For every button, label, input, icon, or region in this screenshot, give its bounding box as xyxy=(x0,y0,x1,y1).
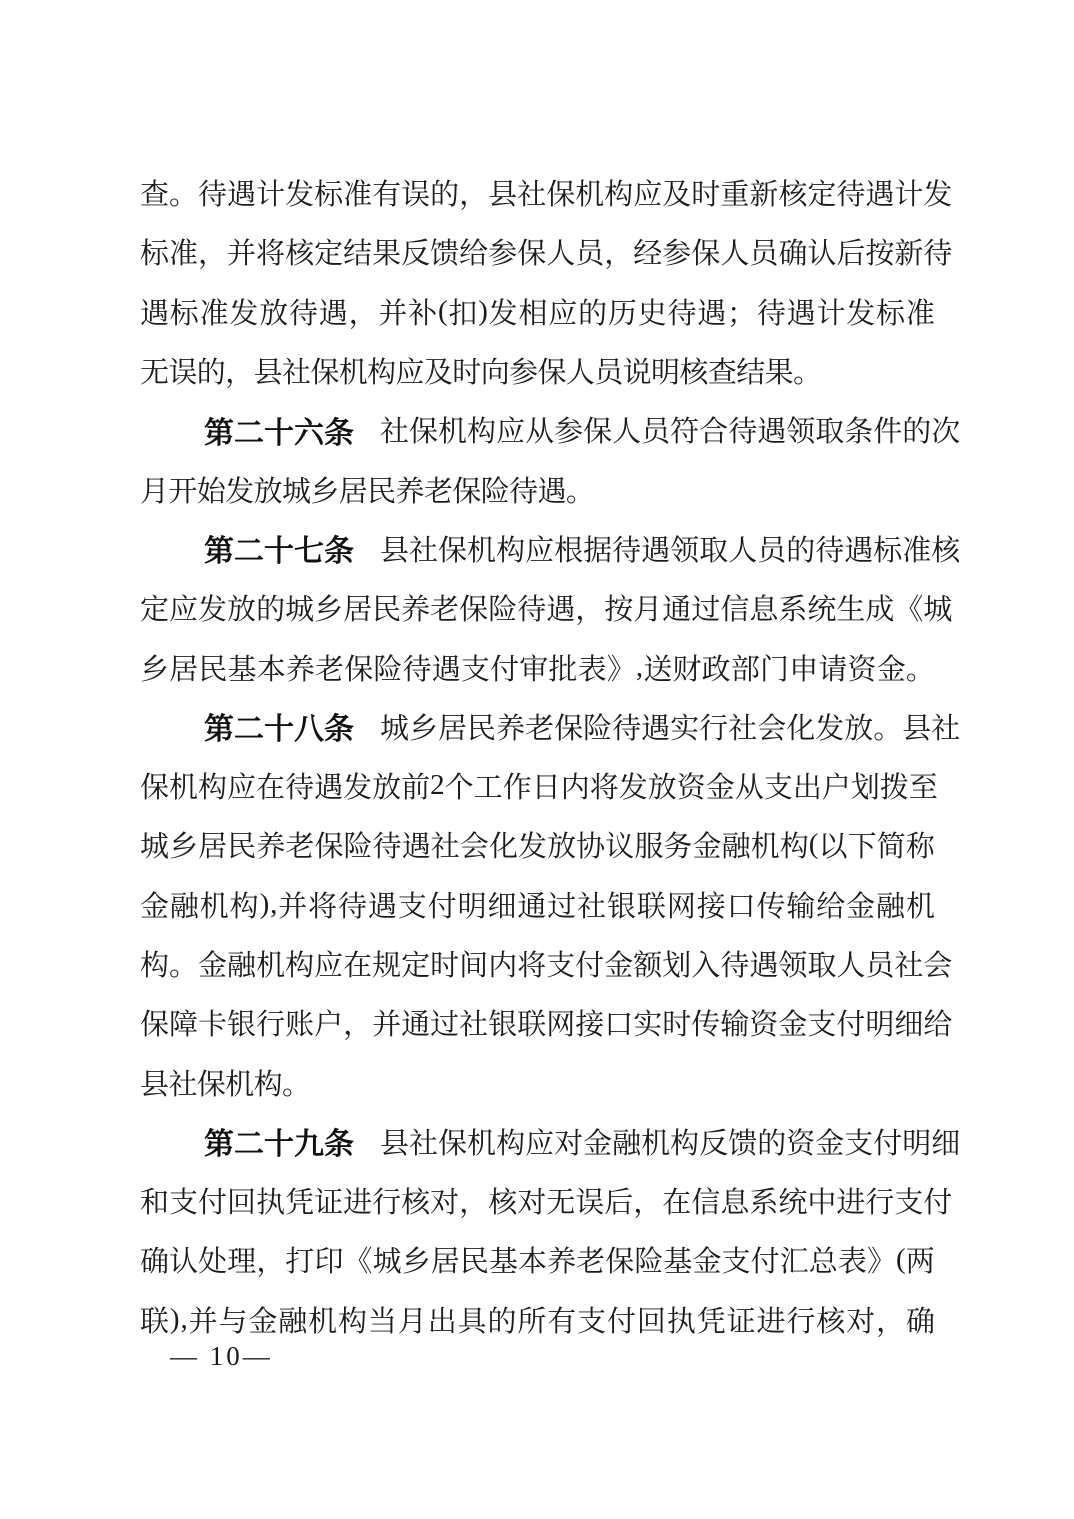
body-char: 发 xyxy=(225,469,253,510)
body-char: 待 xyxy=(198,172,227,213)
body-char: 标 xyxy=(873,528,902,569)
text-line: 第二十七条县社保机构应根据待遇领取人员的待遇标准核 xyxy=(140,519,935,578)
body-char: 计 xyxy=(816,291,845,332)
body-char: 保 xyxy=(314,824,343,865)
body-char: 待 xyxy=(612,528,641,569)
body-char: 处 xyxy=(198,1239,227,1280)
body-char: 的 xyxy=(578,291,607,332)
body-char: 理 xyxy=(227,1239,256,1280)
body-char: 核 xyxy=(488,1180,517,1221)
body-char: ) xyxy=(260,888,270,921)
body-char: 会 xyxy=(460,824,489,865)
body-char: 金 xyxy=(692,824,721,865)
body-char: 前 xyxy=(401,765,430,806)
page-number: — 10— xyxy=(170,1341,273,1372)
body-char: 计 xyxy=(256,172,285,213)
text-line: 月开始发放城乡居民养老保险待遇。 xyxy=(140,459,935,518)
body-char: 机 xyxy=(308,1299,337,1340)
body-char: 所 xyxy=(517,1299,546,1340)
body-char: 内 xyxy=(488,943,517,984)
body-char: 遇 xyxy=(140,291,169,332)
body-char: 遇 xyxy=(314,765,343,806)
body-char: 融 xyxy=(227,943,256,984)
body-char: 成 xyxy=(865,587,894,628)
text-line: 第二十八条城乡居民养老保险待遇实行社会化发放。县社 xyxy=(140,697,935,756)
body-char: 的 xyxy=(256,587,285,628)
body-char: 将 xyxy=(256,231,285,272)
article-heading-char: 第 xyxy=(204,704,234,748)
body-char: 社 xyxy=(409,1121,438,1162)
body-char: 城 xyxy=(373,1239,402,1280)
body-char: 机 xyxy=(751,824,780,865)
body-char: 金 xyxy=(248,1299,277,1340)
body-char: 放 xyxy=(372,765,401,806)
body-char: 付 xyxy=(836,1002,865,1043)
body-char: 老 xyxy=(424,469,452,510)
body-char: 。 xyxy=(169,943,198,984)
body-char: 支 xyxy=(844,1121,873,1162)
body-char: 乡 xyxy=(169,824,198,865)
body-char: 人 xyxy=(836,943,865,984)
body-char: 称 xyxy=(906,824,935,865)
body-char: 放 xyxy=(844,706,873,747)
body-char: 社 xyxy=(380,409,409,450)
body-char: 发 xyxy=(923,172,952,213)
body-char: 并 xyxy=(372,1002,401,1043)
body-char: 付 xyxy=(575,943,604,984)
body-char: 的 xyxy=(757,1121,786,1162)
body-char: 及 xyxy=(424,350,452,391)
body-char: 遇 xyxy=(227,172,256,213)
body-char: 出 xyxy=(428,1299,457,1340)
body-char: 取 xyxy=(807,943,836,984)
body-char: 新 xyxy=(894,231,923,272)
body-char: 执 xyxy=(256,1180,285,1221)
body-char: 保 xyxy=(344,647,373,688)
body-char: 核 xyxy=(816,1299,845,1340)
body-char: 标 xyxy=(314,172,343,213)
body-char: 金 xyxy=(706,765,735,806)
article-heading-char: 第 xyxy=(204,1119,234,1163)
body-char: 保 xyxy=(438,528,467,569)
body-char: 构 xyxy=(285,943,314,984)
body-char: 发 xyxy=(846,291,875,332)
body-char: 乡 xyxy=(314,587,343,628)
body-char: 与 xyxy=(218,1299,247,1340)
body-char: 城 xyxy=(285,587,314,628)
body-char: 待 xyxy=(612,706,641,747)
body-char: 金 xyxy=(692,1239,721,1280)
body-char: 县 xyxy=(902,706,931,747)
article-heading-char: 第 xyxy=(204,526,234,570)
body-char: ) xyxy=(170,1303,180,1336)
body-char: 将 xyxy=(590,765,619,806)
article-heading-char: 十 xyxy=(264,408,294,452)
body-char: 养 xyxy=(256,824,285,865)
body-char: 机 xyxy=(339,350,367,391)
body-char: 。 xyxy=(906,647,935,688)
body-char: 人 xyxy=(728,528,757,569)
body-char: 乡 xyxy=(140,647,169,688)
body-char: 养 xyxy=(286,647,315,688)
body-char: ； xyxy=(727,291,756,332)
body-char: 支 xyxy=(398,884,427,925)
body-char: 民 xyxy=(372,587,401,628)
body-char: 构 xyxy=(496,1121,525,1162)
body-char: 支 xyxy=(807,1002,836,1043)
body-char: 待 xyxy=(285,765,314,806)
body-char: 构 xyxy=(367,350,395,391)
body-char: 融 xyxy=(278,1299,307,1340)
body-char: 发 xyxy=(285,172,314,213)
article-heading-char: 十 xyxy=(264,704,294,748)
body-char: 领 xyxy=(778,943,807,984)
article-heading-char: 二 xyxy=(234,408,264,452)
body-char: 准 xyxy=(906,291,935,332)
body-char: 通 xyxy=(517,884,546,925)
body-char: 申 xyxy=(789,647,818,688)
body-char: 构 xyxy=(254,1062,282,1103)
body-char: 县 xyxy=(140,1062,168,1103)
body-char: 印 xyxy=(314,1239,343,1280)
body-char: 打 xyxy=(285,1239,314,1280)
body-char: 应 xyxy=(525,528,554,569)
body-char: 保 xyxy=(691,231,720,272)
body-char: 社 xyxy=(517,172,546,213)
body-char: 的 xyxy=(487,1299,516,1340)
body-char: 支 xyxy=(461,647,490,688)
article-heading-char: 第 xyxy=(204,408,234,452)
body-char: 险 xyxy=(634,1239,663,1280)
body-char: 认 xyxy=(169,1239,198,1280)
document-page: 查。待遇计发标准有误的，县社保机构应及时重新核定待遇计发标准，并将核定结果反馈给… xyxy=(0,0,1074,1519)
body-char: 核 xyxy=(778,172,807,213)
body-char: 保 xyxy=(452,469,480,510)
body-char: 机 xyxy=(906,884,935,925)
body-char: 行 xyxy=(786,1299,815,1340)
body-char: 老 xyxy=(315,647,344,688)
body-char: 的 xyxy=(197,350,225,391)
body-char: 县 xyxy=(380,528,409,569)
body-char: 查 xyxy=(140,172,169,213)
body-char: 资 xyxy=(677,765,706,806)
body-char: 实 xyxy=(670,706,699,747)
text-line: 乡居民基本养老保险待遇支付审批表》,送财政部门申请资金。 xyxy=(140,637,935,696)
body-char: 确 xyxy=(778,231,807,272)
body-char: 明 xyxy=(651,350,679,391)
body-char: 月 xyxy=(633,587,662,628)
body-char: 明 xyxy=(458,884,487,925)
body-char: 遇 xyxy=(865,172,894,213)
body-char: 发 xyxy=(619,765,648,806)
text-line: 和支付回执凭证进行核对，核对无误后，在信息系统中进行支付 xyxy=(140,1171,935,1230)
body-char: , xyxy=(270,888,277,921)
body-char: 卡 xyxy=(198,1002,227,1043)
body-char: 生 xyxy=(836,587,865,628)
body-char: 员 xyxy=(641,409,670,450)
text-line: 县社保机构。 xyxy=(140,1052,935,1111)
body-char: 后 xyxy=(604,1180,633,1221)
body-char: 应 xyxy=(169,587,198,628)
body-char: 财 xyxy=(673,647,702,688)
body-char: 网 xyxy=(667,884,696,925)
body-char: 民 xyxy=(198,647,227,688)
text-line: 确认处理，打印《城乡居民基本养老保险基金支付汇总表》(两 xyxy=(140,1230,935,1289)
body-char: 放 xyxy=(254,469,282,510)
body-char: 核 xyxy=(931,528,960,569)
body-char: 从 xyxy=(735,765,764,806)
body-char: 融 xyxy=(170,884,199,925)
body-char: 细 xyxy=(931,1121,960,1162)
body-char: 中 xyxy=(807,1180,836,1221)
body-char: 信 xyxy=(691,1180,720,1221)
body-char: 通 xyxy=(401,1002,430,1043)
body-char: 养 xyxy=(401,587,430,628)
body-char: ) xyxy=(478,295,488,328)
body-char: 接 xyxy=(697,884,726,925)
body-char: 政 xyxy=(702,647,731,688)
body-char: 表 xyxy=(838,1239,867,1280)
body-char: 2 xyxy=(430,769,445,802)
body-char: 误 xyxy=(168,350,196,391)
body-char: 下 xyxy=(848,824,877,865)
body-char: 划 xyxy=(851,765,880,806)
body-char: 遇 xyxy=(641,528,670,569)
body-char: 待 xyxy=(728,409,757,450)
body-char: 过 xyxy=(547,884,576,925)
body-char: 补 xyxy=(408,291,437,332)
article-heading-char: 条 xyxy=(324,408,354,452)
body-char: 行 xyxy=(699,706,728,747)
text-line: 无误的，县社保机构应及时向参保人员说明核查结果。 xyxy=(140,341,935,400)
body-char: 次 xyxy=(931,409,960,450)
body-char: 遇 xyxy=(641,706,670,747)
body-char: 时 xyxy=(662,1002,691,1043)
body-char: 保 xyxy=(537,350,565,391)
body-char: 本 xyxy=(257,647,286,688)
body-char: 在 xyxy=(343,943,372,984)
body-char: 领 xyxy=(670,528,699,569)
body-char: 在 xyxy=(256,765,285,806)
body-char: 险 xyxy=(373,647,402,688)
body-char: ， xyxy=(459,172,488,213)
body-char: 放 xyxy=(648,765,677,806)
text-line: 城乡居民养老保险待遇社会化发放协议服务金融机构(以下简称 xyxy=(140,815,935,874)
body-char: 回 xyxy=(637,1299,666,1340)
body-char: 时 xyxy=(452,350,480,391)
text-line: 第二十九条县社保机构应对金融机构反馈的资金支付明细 xyxy=(140,1112,935,1171)
body-char: ， xyxy=(604,231,633,272)
body-char: 人 xyxy=(546,231,575,272)
body-char: 及 xyxy=(662,172,691,213)
body-char: 乡 xyxy=(402,1239,431,1280)
body-char: 付 xyxy=(490,647,519,688)
body-char: 融 xyxy=(876,884,905,925)
body-char: 向 xyxy=(481,350,509,391)
body-char: 金 xyxy=(140,884,169,925)
body-char: 拨 xyxy=(880,765,909,806)
body-char: ， xyxy=(633,1180,662,1221)
body-char: 馈 xyxy=(430,231,459,272)
body-char: 个 xyxy=(445,765,474,806)
body-char: 取 xyxy=(815,409,844,450)
body-char: 待 xyxy=(403,647,432,688)
body-char: 网 xyxy=(546,1002,575,1043)
body-char: 入 xyxy=(691,943,720,984)
body-char: 给 xyxy=(923,1002,952,1043)
body-char: 扣 xyxy=(448,291,477,332)
body-char: 结 xyxy=(343,231,372,272)
body-char: 城 xyxy=(282,469,310,510)
article-heading-char: 二 xyxy=(234,704,264,748)
body-char: 件 xyxy=(873,409,902,450)
body-char: 居 xyxy=(169,647,198,688)
body-char: 取 xyxy=(699,528,728,569)
body-char: ( xyxy=(896,1243,906,1276)
body-char: 息 xyxy=(749,587,778,628)
body-char: 的 xyxy=(786,528,815,569)
body-char: 居 xyxy=(343,587,372,628)
body-char: 金 xyxy=(815,1121,844,1162)
body-char: 付 xyxy=(923,1180,952,1221)
body-char: 会 xyxy=(757,706,786,747)
body-char: 应 xyxy=(633,172,662,213)
article-heading-char: 九 xyxy=(294,1119,324,1163)
body-char: 保 xyxy=(546,172,575,213)
body-char: 员 xyxy=(749,231,778,272)
body-char: 待 xyxy=(836,172,865,213)
body-char: 支 xyxy=(764,765,793,806)
body-char: 批 xyxy=(548,647,577,688)
body-char: 居 xyxy=(339,469,367,510)
body-char: , xyxy=(180,1303,187,1336)
body-char: ， xyxy=(459,1180,488,1221)
body-char: 遇 xyxy=(757,409,786,450)
body-char: 间 xyxy=(459,943,488,984)
body-char: 历 xyxy=(608,291,637,332)
body-char: 民 xyxy=(367,469,395,510)
body-char: 遇 xyxy=(319,291,348,332)
body-char: 保 xyxy=(197,1062,225,1103)
body-char: 户 xyxy=(314,1002,343,1043)
body-char: 核 xyxy=(285,231,314,272)
body-char: 机 xyxy=(575,172,604,213)
body-char: 待 xyxy=(338,884,367,925)
body-char: 金 xyxy=(877,647,906,688)
body-char: 工 xyxy=(474,765,503,806)
body-char: 细 xyxy=(894,1002,923,1043)
body-char: 支 xyxy=(169,1180,198,1221)
body-char: 有 xyxy=(372,172,401,213)
body-char: 民 xyxy=(227,824,256,865)
body-char: 乡 xyxy=(310,469,338,510)
body-char: 具 xyxy=(458,1299,487,1340)
body-char: 果 xyxy=(372,231,401,272)
body-char: 金 xyxy=(604,943,633,984)
body-char: 出 xyxy=(793,765,822,806)
body-char: 发 xyxy=(343,765,372,806)
body-char: 付 xyxy=(198,1180,227,1221)
body-char: 保 xyxy=(409,409,438,450)
body-char: ， xyxy=(349,291,378,332)
body-char: ( xyxy=(809,828,819,861)
body-char: 经 xyxy=(633,231,662,272)
body-char: 构 xyxy=(467,409,496,450)
body-char: 社 xyxy=(431,824,460,865)
body-char: 日 xyxy=(532,765,561,806)
body-char: 给 xyxy=(459,231,488,272)
body-char: 。 xyxy=(282,1062,310,1103)
body-char: 和 xyxy=(140,1180,169,1221)
body-char: 》 xyxy=(607,647,636,688)
body-char: 基 xyxy=(228,647,257,688)
body-char: 老 xyxy=(576,1239,605,1280)
article-heading-char: 条 xyxy=(324,704,354,748)
body-char: 社 xyxy=(931,706,960,747)
body-char: 准 xyxy=(200,291,229,332)
body-char: 待 xyxy=(667,291,696,332)
body-char: 回 xyxy=(227,1180,256,1221)
body-char: 条 xyxy=(844,409,873,450)
body-char: 本 xyxy=(518,1239,547,1280)
body-char: 待 xyxy=(517,587,546,628)
body-char: 并 xyxy=(227,231,256,272)
body-char: 支 xyxy=(577,1299,606,1340)
body-char: 开 xyxy=(168,469,196,510)
body-char: 额 xyxy=(633,943,662,984)
body-char: 险 xyxy=(481,469,509,510)
body-char: 待 xyxy=(923,231,952,272)
body-char: 请 xyxy=(818,647,847,688)
body-char: 无 xyxy=(140,350,168,391)
body-char: ， xyxy=(575,587,604,628)
body-char: 基 xyxy=(663,1239,692,1280)
body-char: 县 xyxy=(254,350,282,391)
body-char: 社 xyxy=(409,528,438,569)
body-char: 实 xyxy=(633,1002,662,1043)
body-char: 简 xyxy=(877,824,906,865)
body-char: 月 xyxy=(140,469,168,510)
body-char: 民 xyxy=(460,1239,489,1280)
body-char: 老 xyxy=(525,706,554,747)
body-char: 障 xyxy=(169,1002,198,1043)
body-char: 社 xyxy=(168,1062,196,1103)
body-char: 放 xyxy=(259,291,288,332)
body-char: 标 xyxy=(170,291,199,332)
body-char: 领 xyxy=(786,409,815,450)
body-char: 确 xyxy=(906,1299,935,1340)
body-char: 将 xyxy=(308,884,337,925)
body-char: 保 xyxy=(140,765,169,806)
body-char: 养 xyxy=(396,469,424,510)
body-char: 构 xyxy=(496,528,525,569)
body-char: 员 xyxy=(594,350,622,391)
body-char: 城 xyxy=(380,706,409,747)
body-char: 会 xyxy=(923,943,952,984)
body-char: 支 xyxy=(546,943,575,984)
body-char: 遇 xyxy=(697,291,726,332)
body-char: 遇 xyxy=(368,884,397,925)
body-char: 统 xyxy=(807,587,836,628)
article-heading-char: 条 xyxy=(324,526,354,570)
body-char: 过 xyxy=(691,587,720,628)
body-char: 参 xyxy=(509,350,537,391)
body-char: 户 xyxy=(822,765,851,806)
body-char: 定 xyxy=(807,172,836,213)
text-line: 标准，并将核定结果反馈给参保人员，经参保人员确认后按新待 xyxy=(140,222,935,281)
body-char: 遇 xyxy=(546,587,575,628)
body-char: 协 xyxy=(576,824,605,865)
